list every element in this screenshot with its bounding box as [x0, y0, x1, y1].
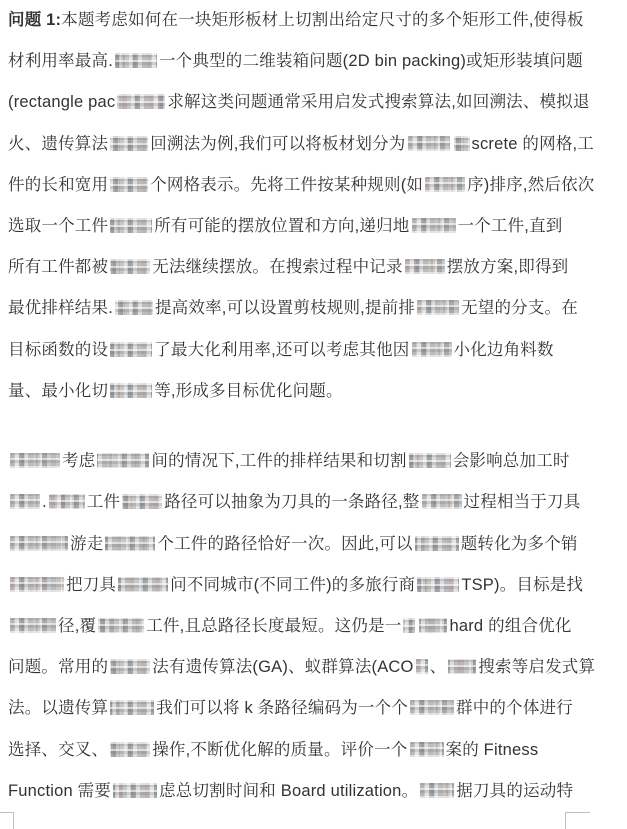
redacted-text [10, 618, 56, 633]
redacted-text [408, 136, 450, 151]
text-line: 量、最小化切等,形成多目标优化问题。 [8, 371, 574, 412]
text-run: 求解这类问题通常采用启发式搜索算法,如回溯法、模拟退 [167, 93, 589, 111]
redacted-text [10, 453, 60, 468]
paragraph: 考虑间的情况下,工件的排样结果和切割会影响总加工时.工件路径可以抽象为刀具的一条… [8, 441, 574, 812]
redacted-text [10, 536, 68, 551]
text-run: 件的长和宽用 [8, 176, 108, 194]
text-run: 考虑 [62, 452, 95, 470]
text-run: 等,形成多目标优化问题。 [154, 382, 342, 400]
redacted-text [416, 659, 428, 674]
redacted-text [115, 53, 157, 68]
text-run: 回溯法为例,我们可以将板材划分为 [150, 135, 405, 153]
text-line: 问题 1:本题考虑如何在一块矩形板材上切割出给定尺寸的多个矩形工件,使得板 [8, 0, 574, 41]
paragraph: 问题 1:本题考虑如何在一块矩形板材上切割出给定尺寸的多个矩形工件,使得板材利用… [8, 0, 574, 412]
text-run: 路径可以抽象为刀具的一条路径,整 [164, 493, 419, 511]
text-run: 搜索等启发式算 [478, 658, 595, 676]
text-run: 操作,不断优化解的质量。评价一个 [152, 741, 407, 759]
text-run: 据刀具的运动特 [456, 782, 573, 800]
text-run: 目标函数的设 [8, 341, 108, 359]
redacted-text [10, 494, 40, 509]
document-content: 问题 1:本题考虑如何在一块矩形板材上切割出给定尺寸的多个矩形工件,使得板材利用… [8, 0, 574, 812]
redacted-text [105, 536, 155, 551]
redacted-text [409, 453, 451, 468]
redacted-text [110, 383, 152, 398]
text-run: 法。以遗传算 [8, 699, 108, 717]
text-run: 选取一个工件 [8, 217, 108, 235]
redacted-text [410, 700, 454, 715]
redacted-text [110, 259, 150, 274]
redacted-text [417, 300, 459, 315]
text-run: 题转化为多个销 [461, 535, 578, 553]
redacted-text [412, 342, 452, 357]
redacted-text [415, 536, 459, 551]
redacted-text [403, 618, 415, 633]
text-run: 所有可能的摆放位置和方向,递归地 [154, 217, 409, 235]
text-run: 会影响总加工时 [453, 452, 570, 470]
text-run: 个网格表示。先将工件按某种规则(如 [150, 176, 423, 194]
text-run: 间的情况下,工件的排样结果和切割 [151, 452, 406, 470]
text-line: .工件路径可以抽象为刀具的一条路径,整过程相当于刀具 [8, 482, 574, 523]
text-run: 法有遗传算法(GA)、蚁群算法(ACO [152, 658, 413, 676]
text-run: 摆放方案,即得到 [447, 258, 569, 276]
redacted-text [405, 259, 445, 274]
redacted-text [10, 577, 64, 592]
redacted-text [425, 177, 465, 192]
text-line: 最优排样结果.提高效率,可以设置剪枝规则,提前排无望的分支。在 [8, 288, 574, 329]
text-run: 了最大化利用率,还可以考虑其他因 [154, 341, 409, 359]
document-page: 问题 1:本题考虑如何在一块矩形板材上切割出给定尺寸的多个矩形工件,使得板材利用… [0, 0, 627, 829]
redacted-text [49, 494, 85, 509]
text-run: 量、最小化切 [8, 382, 108, 400]
page-corner-mark-right [565, 812, 590, 829]
text-line: 火、遗传算法回溯法为例,我们可以将板材划分为screte 的网格,工 [8, 124, 574, 165]
redacted-text [448, 659, 476, 674]
text-run: 个工件的路径恰好一次。因此,可以 [157, 535, 412, 553]
text-run: 径,覆 [58, 617, 96, 635]
text-run: 无法继续摆放。在搜索过程中记录 [152, 258, 403, 276]
text-line: 所有工件都被无法继续摆放。在搜索过程中记录摆放方案,即得到 [8, 247, 574, 288]
text-run: 提高效率,可以设置剪枝规则,提前排 [155, 299, 415, 317]
text-run: 问题 1: [8, 11, 61, 29]
text-run: 一个典型的二维装箱问题(2D bin packing)或矩形装填问题 [159, 52, 583, 70]
text-line: 选择、交叉、操作,不断优化解的质量。评价一个案的 Fitness [8, 730, 574, 771]
text-run: (rectangle pac [8, 93, 115, 111]
text-run: 本题考虑如何在一块矩形板材上切割出给定尺寸的多个矩形工件,使得板 [61, 11, 583, 29]
text-line: 考虑间的情况下,工件的排样结果和切割会影响总加工时 [8, 441, 574, 482]
text-line: Function 需要虑总切割时间和 Board utilization。据刀具… [8, 771, 574, 812]
redacted-text [454, 136, 470, 151]
redacted-text [113, 783, 157, 798]
text-line: 把刀具问不同城市(不同工件)的多旅行商TSP)。目标是找 [8, 565, 574, 606]
redacted-text [98, 618, 144, 633]
text-run: 所有工件都被 [8, 258, 108, 276]
text-run: hard 的组合优化 [449, 617, 571, 635]
text-run: 选择、交叉、 [8, 741, 108, 759]
redacted-text [110, 659, 150, 674]
text-line: 件的长和宽用个网格表示。先将工件按某种规则(如序)排序,然后依次 [8, 165, 574, 206]
text-run: 序)排序,然后依次 [467, 176, 594, 194]
text-line: 问题。常用的法有遗传算法(GA)、蚁群算法(ACO、搜索等启发式算 [8, 647, 574, 688]
redacted-text [417, 577, 459, 592]
redacted-text [118, 577, 168, 592]
text-run: 案的 Fitness [446, 741, 539, 759]
redacted-text [419, 618, 447, 633]
text-run: 最优排样结果. [8, 299, 113, 317]
text-run: screte 的网格,工 [472, 135, 595, 153]
text-run: 游走 [70, 535, 103, 553]
redacted-text [110, 218, 152, 233]
text-run: 材利用率最高. [8, 52, 113, 70]
redacted-text [97, 453, 149, 468]
redacted-text [420, 783, 454, 798]
text-run: 小化边角料数 [454, 341, 554, 359]
redacted-text [110, 136, 148, 151]
text-run: 工件 [87, 493, 120, 511]
text-line: 目标函数的设了最大化利用率,还可以考虑其他因小化边角料数 [8, 330, 574, 371]
text-run: . [42, 493, 47, 511]
text-line: 材利用率最高.一个典型的二维装箱问题(2D bin packing)或矩形装填问… [8, 41, 574, 82]
redacted-text [115, 300, 153, 315]
text-line: 游走个工件的路径恰好一次。因此,可以题转化为多个销 [8, 524, 574, 565]
text-run: 我们可以将 k 条路径编码为一个个 [156, 699, 408, 717]
redacted-text [117, 94, 165, 109]
text-run: Function 需要 [8, 782, 111, 800]
redacted-text [110, 742, 150, 757]
page-corner-mark-left [0, 812, 14, 829]
text-run: 工件,且总路径长度最短。这仍是一 [146, 617, 401, 635]
redacted-text [110, 342, 152, 357]
text-line: 法。以遗传算我们可以将 k 条路径编码为一个个群中的个体进行 [8, 688, 574, 729]
redacted-text [422, 494, 462, 509]
text-run: 问题。常用的 [8, 658, 108, 676]
text-run: 群中的个体进行 [456, 699, 573, 717]
text-run: 无望的分支。在 [461, 299, 578, 317]
text-line: 选取一个工件所有可能的摆放位置和方向,递归地一个工件,直到 [8, 206, 574, 247]
text-line: 径,覆工件,且总路径长度最短。这仍是一hard 的组合优化 [8, 606, 574, 647]
text-run: 问不同城市(不同工件)的多旅行商 [170, 576, 415, 594]
text-line: (rectangle pac求解这类问题通常采用启发式搜索算法,如回溯法、模拟退 [8, 82, 574, 123]
paragraph-spacer [8, 412, 574, 441]
redacted-text [110, 700, 154, 715]
redacted-text [410, 742, 444, 757]
text-run: 把刀具 [66, 576, 116, 594]
text-run: 过程相当于刀具 [464, 493, 581, 511]
text-run: 、 [430, 658, 447, 676]
redacted-text [122, 494, 162, 509]
text-run: 虑总切割时间和 Board utilization。 [159, 782, 418, 800]
text-run: 火、遗传算法 [8, 135, 108, 153]
redacted-text [412, 218, 456, 233]
text-run: TSP)。目标是找 [461, 576, 583, 594]
redacted-text [110, 177, 148, 192]
text-run: 一个工件,直到 [458, 217, 563, 235]
